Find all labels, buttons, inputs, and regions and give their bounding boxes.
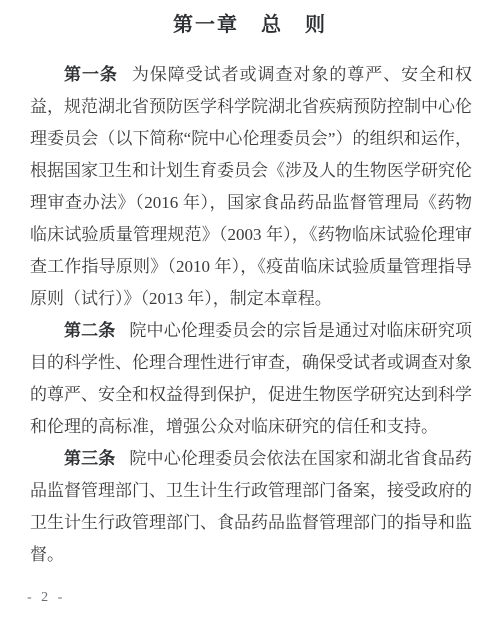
article-label-3: 第三条 [64,449,115,468]
article-text-1: 为保障受试者或调查对象的尊严、安全和权益，规范湖北省预防医学科学院湖北省疾病预防… [30,65,472,308]
document-body: 第一条为保障受试者或调查对象的尊严、安全和权益，规范湖北省预防医学科学院湖北省疾… [30,59,472,571]
article-paragraph-2: 第二条院中心伦理委员会的宗旨是通过对临床研究项目的科学性、伦理合理性进行审查，确… [30,315,472,443]
chapter-title: 第一章 总 则 [0,8,500,37]
article-label-2: 第二条 [64,321,115,340]
document-page: 第一章 总 则 第一条为保障受试者或调查对象的尊严、安全和权益，规范湖北省预防医… [0,0,500,623]
article-paragraph-1: 第一条为保障受试者或调查对象的尊严、安全和权益，规范湖北省预防医学科学院湖北省疾… [30,59,472,315]
article-paragraph-3: 第三条院中心伦理委员会依法在国家和湖北省食品药品监督管理部门、卫生计生行政管理部… [30,443,472,571]
page-number: - 2 - [27,590,65,606]
article-label-1: 第一条 [64,65,118,84]
